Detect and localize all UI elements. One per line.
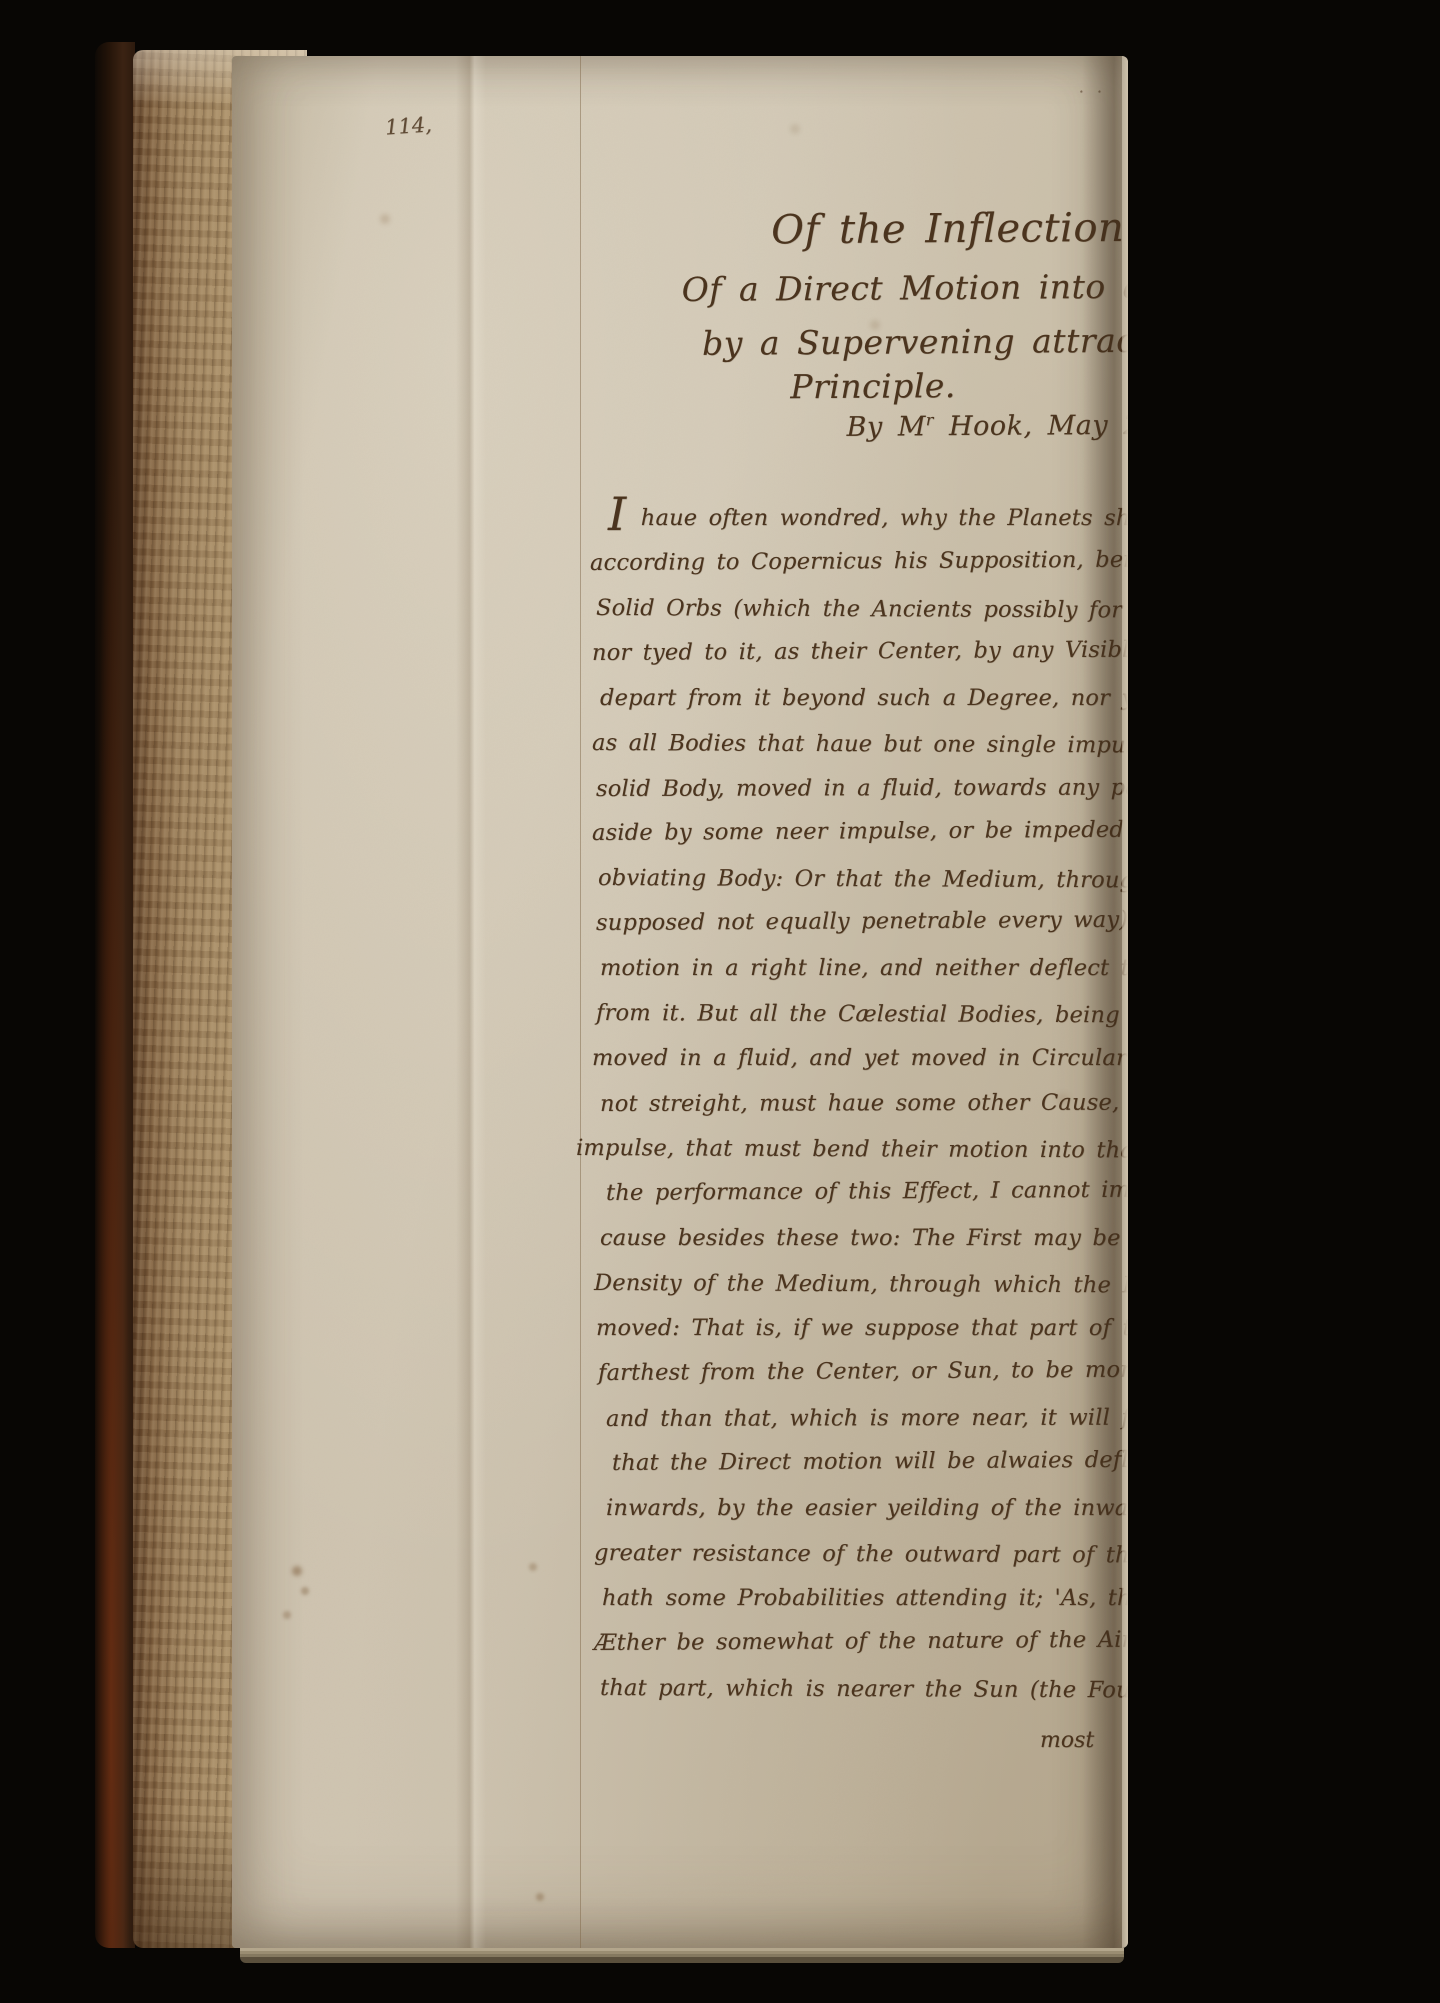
manuscript-line: that the Direct motion will be alwaies d…	[612, 1436, 1128, 1486]
manuscript-line: aside by some neer impulse, or be impede…	[592, 806, 1128, 856]
manuscript-line: moved: That is, if we suppose that part …	[596, 1306, 1128, 1351]
manuscript-line: I haue often wondred, why the Planets sh…	[608, 496, 1128, 541]
title-block: Of the Inflection Of a Direct Motion int…	[232, 56, 1128, 59]
manuscript-line: Æther be somewhat of the nature of the A…	[594, 1616, 1128, 1666]
title-line-3: by a Supervening attractiue	[702, 320, 1128, 362]
manuscript-line: as all Bodies that haue but one single i…	[592, 721, 1128, 770]
page-number: 114,	[384, 112, 432, 139]
byline-prefix: By M	[846, 411, 926, 443]
title-line-2: Of a Direct Motion into a Curue,	[681, 266, 1128, 309]
photograph-background: { "document": { "page_number": "114,", "…	[0, 0, 1440, 2003]
manuscript-line: Density of the Medium, through which the…	[594, 1261, 1128, 1310]
bottom-page-edges	[240, 1948, 1124, 1963]
right-page-edge-sliver	[1122, 56, 1128, 1948]
manuscript-line: inwards, by the easier yeilding of the i…	[606, 1486, 1128, 1531]
right-edge-shadow	[1082, 56, 1122, 1948]
manuscript-line: the performance of this Effect, I cannot…	[606, 1166, 1128, 1216]
title-line-4: Principle.	[790, 366, 956, 406]
manuscript-line: cause besides these two: The First may b…	[600, 1216, 1128, 1261]
manuscript-line: greater resistance of the outward part o…	[594, 1531, 1128, 1580]
book-spine	[95, 42, 135, 1948]
manuscript-line: that part, which is nearer the Sun (the …	[600, 1666, 1128, 1715]
manuscript-line: according to Copernicus his Supposition,…	[590, 536, 1128, 586]
foxing-stains	[232, 56, 238, 62]
manuscript-line: depart from it beyond such a Degree, nor…	[600, 676, 1128, 721]
manuscript-line: not streight, must haue some other Cause…	[600, 1080, 1128, 1127]
manuscript-line: hath some Probabilities attending it; 'A…	[602, 1576, 1128, 1621]
manuscript-line: nor tyed to it, as their Center, by any …	[592, 626, 1128, 676]
manuscript-line: moved in a fluid, and yet moved in Circu…	[592, 1036, 1128, 1081]
manuscript-line: from it. But all the Cælestial Bodies, b…	[596, 991, 1128, 1040]
manuscript-line: solid Body, moved in a fluid, towards an…	[596, 765, 1128, 812]
manuscript-page: 114, · · Of the Inflection Of a Direct M…	[232, 56, 1128, 1948]
manuscript-line: farthest from the Center, or Sun, to be …	[598, 1346, 1128, 1396]
body-text-block: I haue often wondred, why the Planets sh…	[590, 496, 1128, 1711]
title-line-1: Of the Inflection	[771, 205, 1124, 253]
manuscript-line: supposed not equally penetrable every wa…	[596, 896, 1128, 946]
manuscript-line: and than that, which is more near, it wi…	[606, 1395, 1128, 1442]
ruled-margin-line	[580, 56, 581, 1948]
manuscript-line: motion in a right line, and neither defl…	[600, 946, 1128, 991]
page-fold-curve	[456, 56, 486, 1948]
